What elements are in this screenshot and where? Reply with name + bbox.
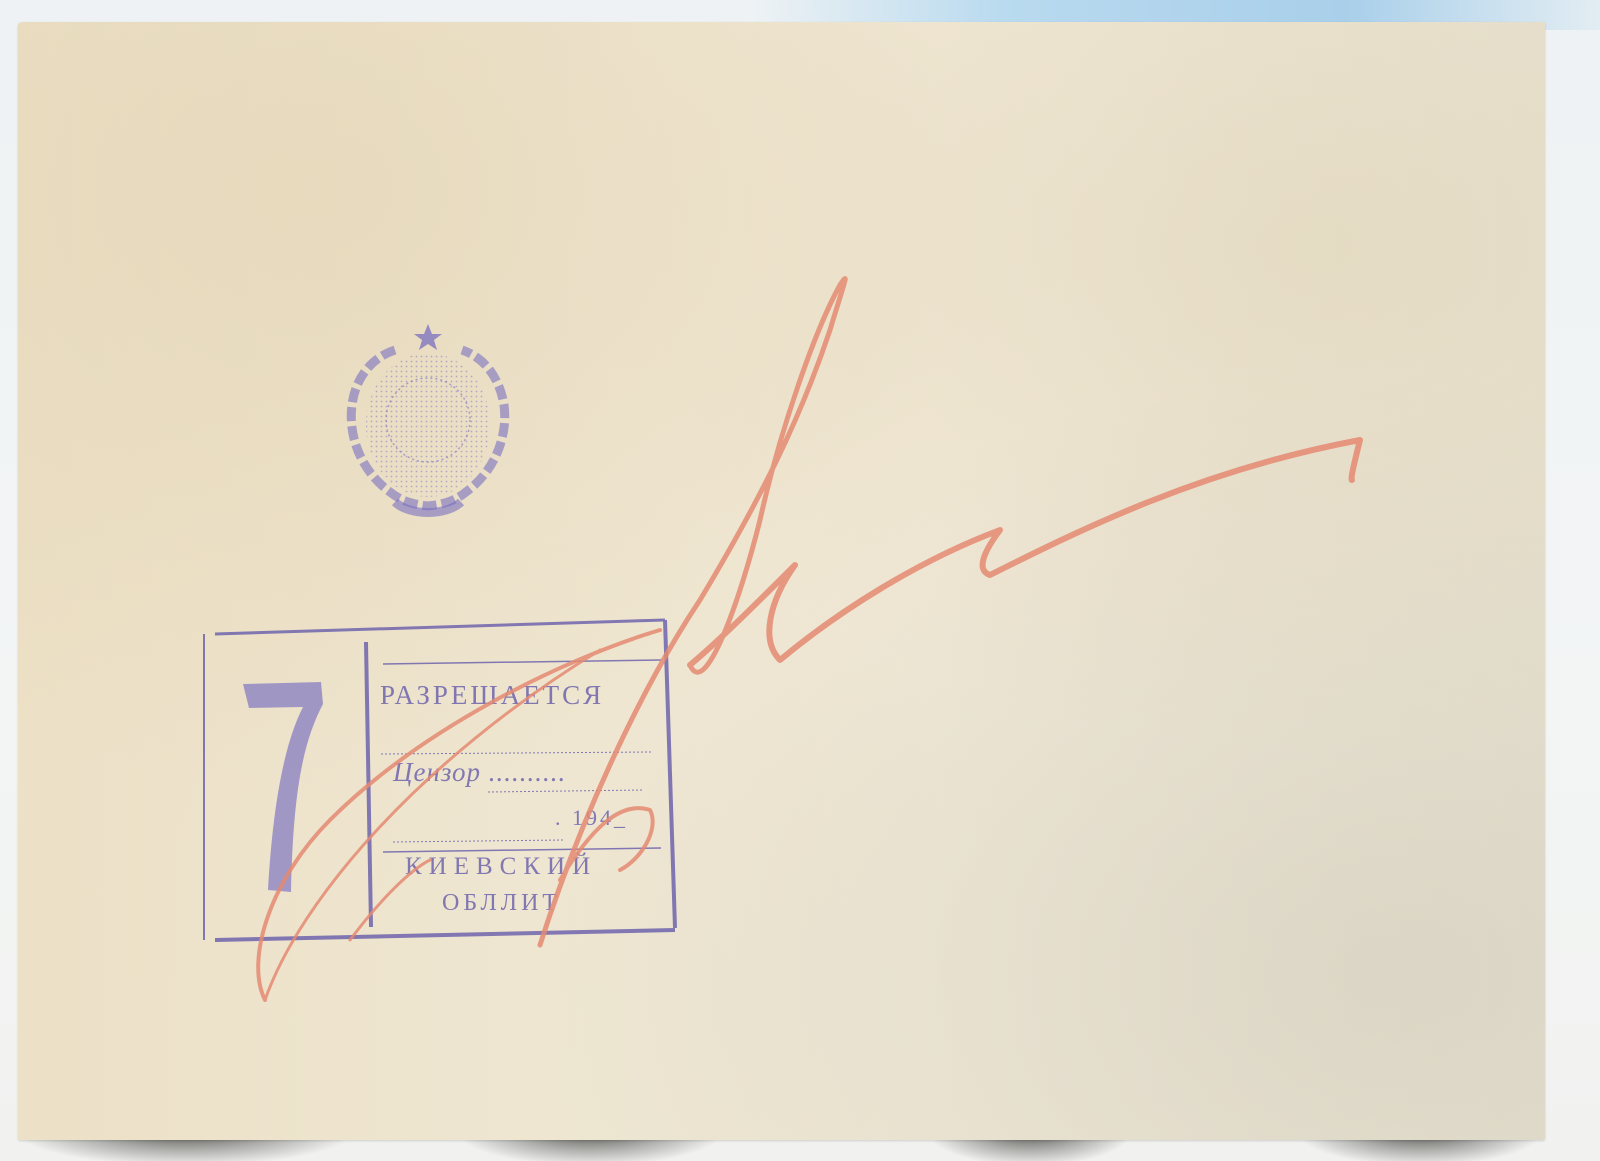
stamp-year-text: . 194_	[555, 805, 628, 831]
stamp-censor-label: Цензор ..........	[393, 757, 566, 788]
stamp-permitted-text: РАЗРЕШАЕТСЯ	[380, 680, 604, 711]
stamp-oblit-text: ОБЛЛИТ	[442, 890, 561, 917]
ussr-coat-of-arms-stamp-icon	[340, 320, 515, 520]
stamp-kiev-text: КИЕВСКИЙ	[405, 853, 597, 881]
photo-reverse-paper	[18, 22, 1545, 1140]
